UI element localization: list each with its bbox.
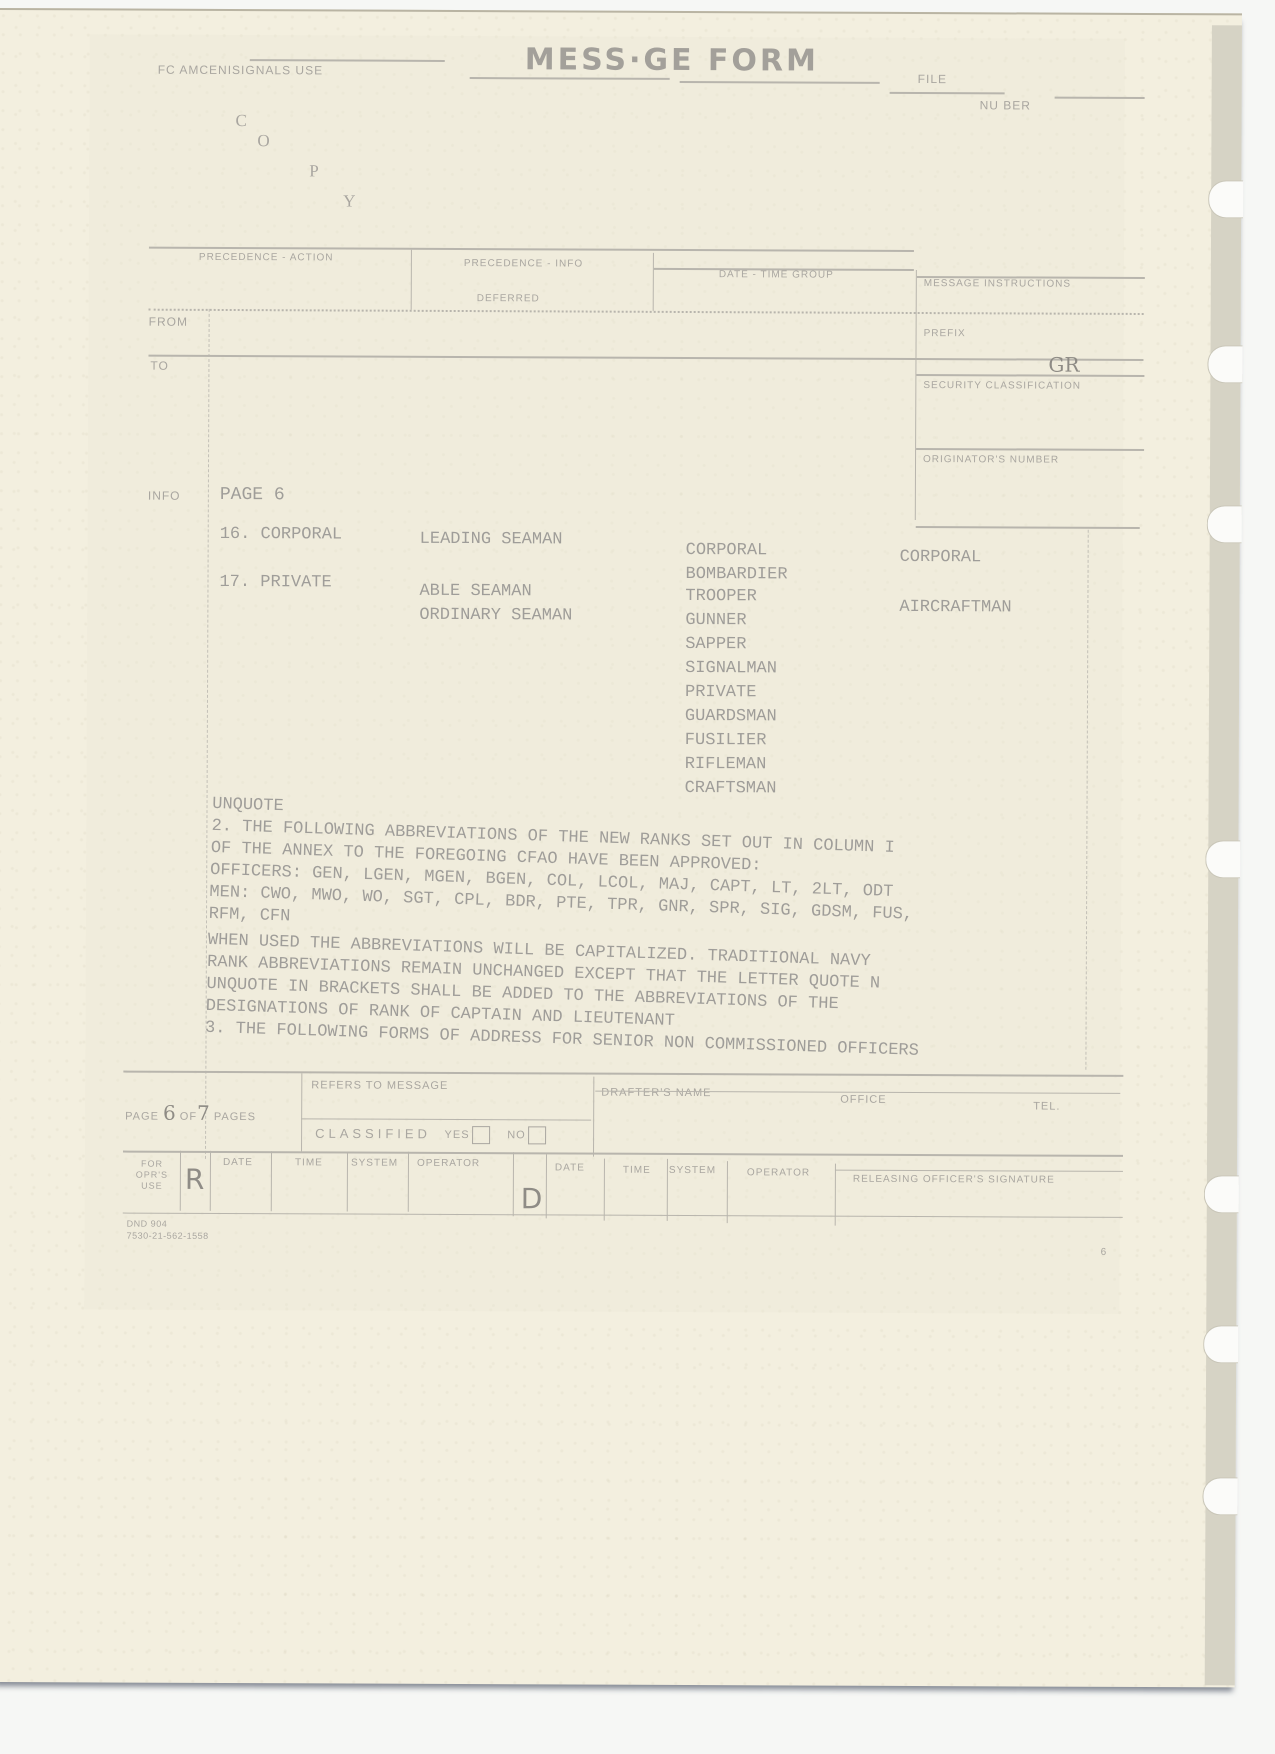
air-rank: CORPORAL [900,548,982,568]
drafters-name-label: DRAFTER'S NAME [601,1087,711,1099]
binder-hole-icon [1207,505,1242,543]
classified-field: CLASSIFIED YES NO [315,1125,546,1144]
header-rule [1055,97,1145,99]
yes-label: YES [445,1129,470,1141]
to-label: TO [150,359,169,373]
copy-stamp-letter: O [257,131,269,151]
page-number: 6 [163,1101,176,1125]
air-rank: AIRCRAFTMAN [899,598,1011,618]
form-title: MESS·GE FORM [525,42,819,78]
received-date-label: DATE [223,1157,253,1168]
prefix-label: PREFIX [924,328,966,339]
tel-label: TEL. [1033,1101,1060,1113]
received-time-label: TIME [295,1157,323,1168]
security-classification-label: SECURITY CLASSIFICATION [923,380,1081,392]
navy-rank: ABLE SEAMAN [419,582,531,602]
message-text: UNQUOTE 2. THE FOLLOWING ABBREVIATIONS O… [205,795,927,1064]
prefix-value: GR [1048,353,1079,377]
delivered-marker: D [521,1182,543,1215]
no-label: NO [507,1130,526,1142]
stock-number: 7530-21-562-1558 [127,1231,209,1241]
amcen-signals-use-label: FC AMCENISIGNALS USE [158,63,323,78]
army-rank: SAPPER [685,633,777,657]
refers-to-message-label: REFERS TO MESSAGE [311,1079,448,1092]
rank-item: 17. PRIVATE [219,573,331,593]
page-word: PAGE [125,1111,159,1123]
army-rank: SIGNALMAN [685,657,777,681]
army-rank: TROOPER [685,585,777,609]
army-rank: CORPORAL [686,541,768,561]
total-pages: 7 [197,1101,210,1125]
navy-rank: ORDINARY SEAMAN [419,606,572,627]
classified-label: CLASSIFIED [315,1126,431,1142]
page-count: PAGE 6 OF7 PAGES [125,1101,256,1126]
label-line: USE [127,1181,177,1192]
corner-page-mark: 6 [1101,1247,1108,1258]
label-line: OPR'S [127,1170,177,1181]
delivered-time-label: TIME [623,1165,651,1176]
binder-hole-icon [1202,1477,1237,1515]
binder-hole-icon [1203,1325,1238,1363]
pages-word: PAGES [214,1111,256,1123]
navy-rank: LEADING SEAMAN [420,530,563,551]
binder-hole-icon [1205,840,1240,878]
copy-stamp-letter: P [309,161,319,181]
army-rank-list: TROOPER GUNNER SAPPER SIGNALMAN PRIVATE … [685,585,778,801]
army-rank: BOMBARDIER [685,565,787,585]
office-label: OFFICE [840,1094,886,1106]
rank-item: 16. CORPORAL [220,525,343,546]
army-rank: PRIVATE [685,681,777,705]
army-rank: GUARDSMAN [685,705,777,729]
army-rank: CRAFTSMAN [685,777,777,801]
deferred-label: DEFERRED [477,293,540,304]
originators-number-label: ORIGINATOR'S NUMBER [923,454,1059,466]
info-label: INFO [148,489,181,503]
label-line: FOR [127,1159,177,1170]
army-rank: FUSILIER [685,729,777,753]
file-label: FILE [918,72,947,86]
delivered-system-label: SYSTEM [669,1165,716,1176]
received-operator-label: OPERATOR [417,1158,480,1169]
classified-no-checkbox[interactable] [528,1126,546,1144]
delivered-operator-label: OPERATOR [747,1167,810,1178]
received-marker: R [185,1163,205,1196]
document-page: FC AMCENISIGNALS USE MESS·GE FORM FILE N… [0,8,1242,1687]
of-word: OF [180,1111,197,1123]
number-label: NU BER [980,98,1031,112]
for-oprs-use-label: FOR OPR'S USE [127,1159,177,1192]
binder-hole-icon [1208,180,1243,218]
army-rank: GUNNER [685,609,777,633]
from-label: FROM [149,315,188,329]
classified-yes-checkbox[interactable] [472,1126,490,1144]
date-time-group-label: DATE - TIME GROUP [719,269,834,281]
releasing-officer-label: RELEASING OFFICER'S SIGNATURE [853,1174,1055,1186]
received-system-label: SYSTEM [351,1158,398,1169]
binder-hole-icon [1204,1175,1239,1213]
army-rank: RIFLEMAN [685,753,777,777]
page-heading: PAGE 6 [220,485,285,505]
precedence-action-label: PRECEDENCE - ACTION [199,252,334,264]
message-instructions-label: MESSAGE INSTRUCTIONS [924,278,1071,290]
precedence-info-label: PRECEDENCE - INFO [464,258,583,270]
binder-hole-icon [1207,345,1242,383]
copy-stamp-letter: Y [343,191,355,211]
form-number: DND 904 [127,1219,168,1229]
delivered-date-label: DATE [555,1162,585,1173]
copy-stamp-letter: C [235,111,246,131]
